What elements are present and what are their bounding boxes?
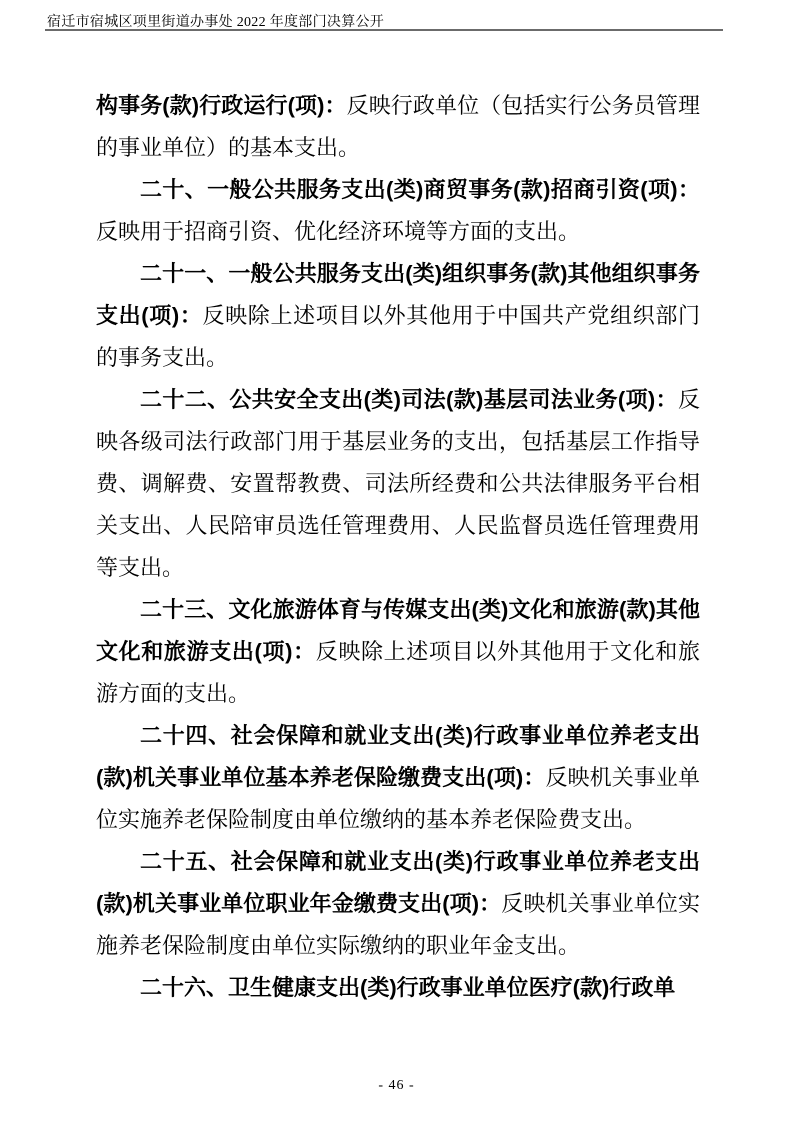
header-divider-line xyxy=(45,29,723,31)
paragraph-heading: 二十、一般公共服务支出(类)商贸事务(款)招商引资(项)： xyxy=(140,177,700,202)
paragraph-text: 反映各级司法行政部门用于基层业务的支出，包括基层工作指导费、调解费、安置帮教费、… xyxy=(96,387,700,580)
paragraph-item-21: 二十一、一般公共服务支出(类)组织事务(款)其他组织事务支出(项)：反映除上述项… xyxy=(96,253,700,379)
page-header-title: 宿迁市宿城区项里街道办事处 2022 年度部门决算公开 xyxy=(47,11,384,31)
document-body: 构事务(款)行政运行(项)：反映行政单位（包括实行公务员管理的事业单位）的基本支… xyxy=(96,85,700,1009)
page-number: - 46 - xyxy=(0,1078,793,1094)
paragraph-heading: 二十二、公共安全支出(类)司法(款)基层司法业务(项)： xyxy=(140,387,678,412)
paragraph-admin-operation: 构事务(款)行政运行(项)：反映行政单位（包括实行公务员管理的事业单位）的基本支… xyxy=(96,85,700,169)
paragraph-item-20: 二十、一般公共服务支出(类)商贸事务(款)招商引资(项)：反映用于招商引资、优化… xyxy=(96,169,700,253)
paragraph-item-26: 二十六、卫生健康支出(类)行政事业单位医疗(款)行政单 xyxy=(96,967,700,1009)
paragraph-item-22: 二十二、公共安全支出(类)司法(款)基层司法业务(项)：反映各级司法行政部门用于… xyxy=(96,379,700,589)
paragraph-heading: 二十六、卫生健康支出(类)行政事业单位医疗(款)行政单 xyxy=(140,975,675,1000)
paragraph-text: 反映用于招商引资、优化经济环境等方面的支出。 xyxy=(96,219,580,244)
paragraph-item-25: 二十五、社会保障和就业支出(类)行政事业单位养老支出(款)机关事业单位职业年金缴… xyxy=(96,841,700,967)
paragraph-item-24: 二十四、社会保障和就业支出(类)行政事业单位养老支出(款)机关事业单位基本养老保… xyxy=(96,715,700,841)
paragraph-heading: 构事务(款)行政运行(项)： xyxy=(96,93,347,118)
paragraph-item-23: 二十三、文化旅游体育与传媒支出(类)文化和旅游(款)其他文化和旅游支出(项)：反… xyxy=(96,589,700,715)
document-page: 宿迁市宿城区项里街道办事处 2022 年度部门决算公开 构事务(款)行政运行(项… xyxy=(0,0,793,1122)
